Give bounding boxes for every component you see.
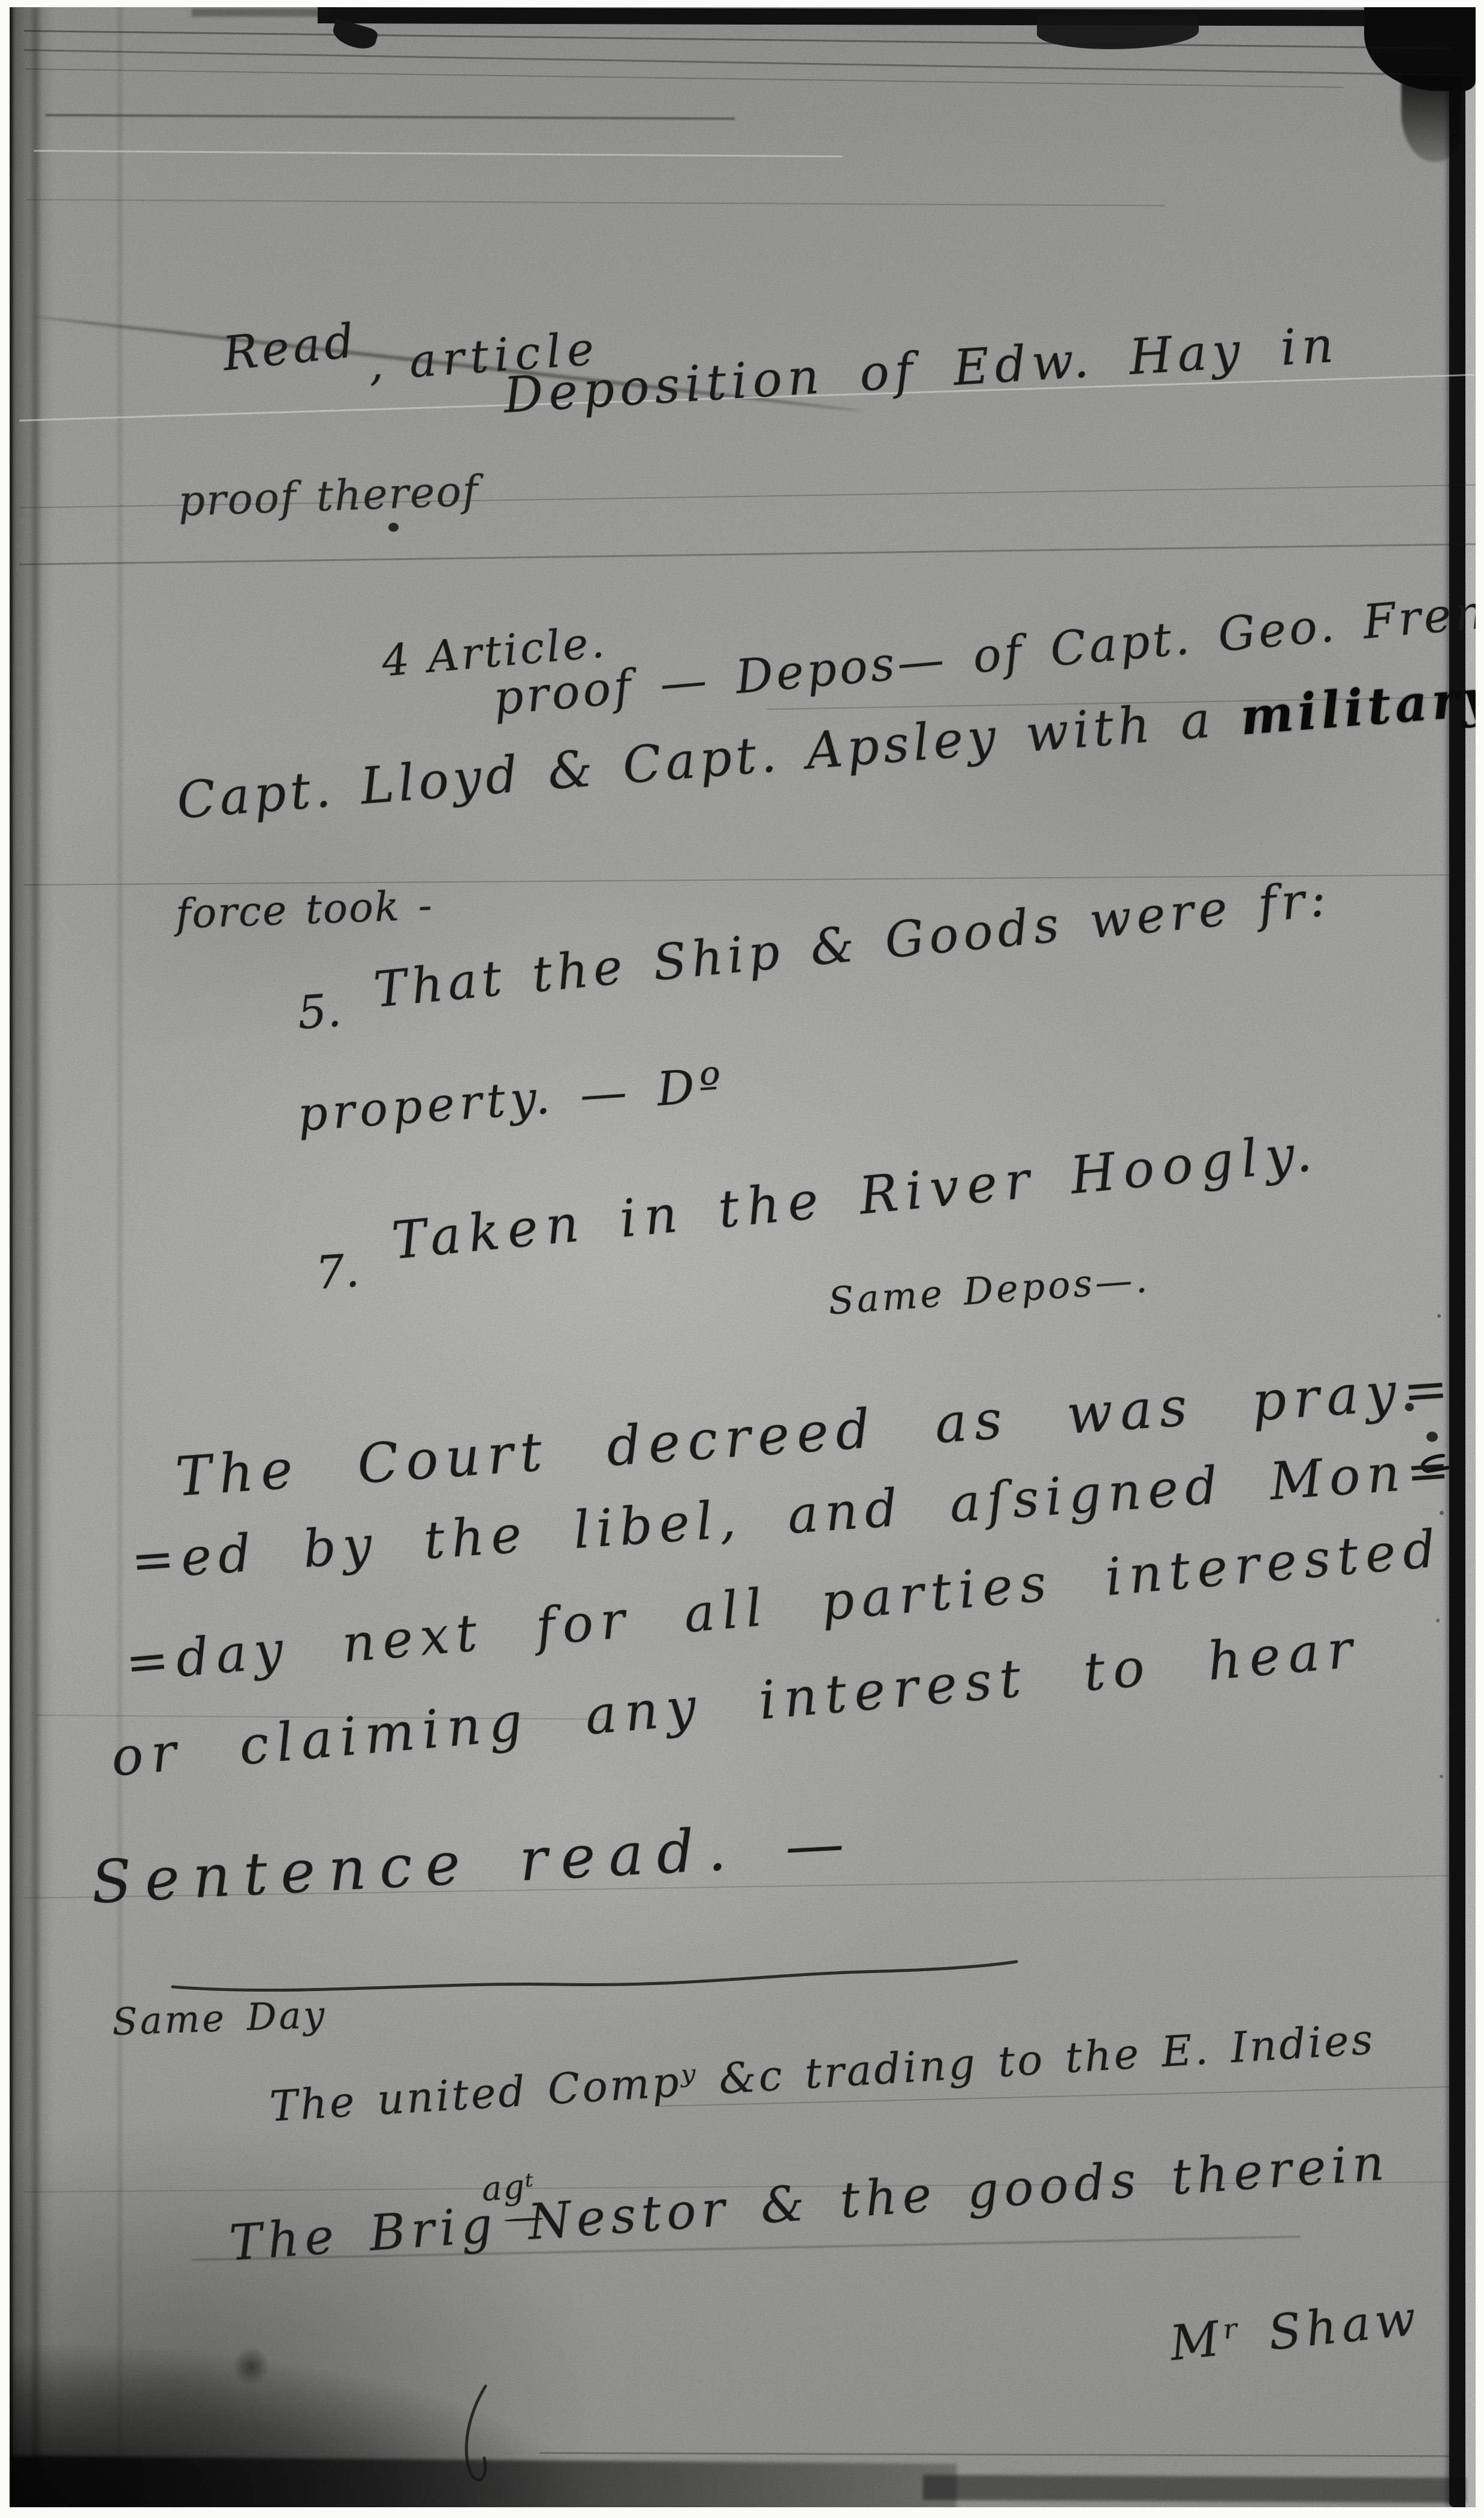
bottom-shadow-thin	[923, 2475, 1466, 2503]
ink-speck	[1436, 1619, 1440, 1622]
bottom-smudge	[233, 2347, 270, 2386]
vertical-crease	[115, 7, 125, 2507]
ink-dot	[388, 523, 399, 532]
line-number-7: 7.	[314, 1246, 361, 1297]
line-united-company: The united Compʸ &c trading to the E. In…	[269, 2017, 1376, 2129]
binding-fold-line	[29, 7, 42, 2507]
binding-shadow	[13, 7, 55, 2507]
line-same-day: Same Day	[111, 1995, 327, 2041]
scanned-manuscript-screenshot: { "document": { "kind": "handwritten cou…	[0, 0, 1484, 2518]
scratch-line	[539, 2452, 1450, 2457]
line-proof-thereof: proof thereof	[177, 469, 480, 523]
line-deposition: Deposition of Edw. Hay in	[502, 320, 1340, 422]
line-ship-goods: That the Ship & Goods were fr:	[372, 873, 1333, 1016]
ink-speck	[1440, 1511, 1444, 1515]
film-frame-left-line	[10, 7, 13, 2507]
scratch-line	[19, 543, 1482, 565]
top-edge-bar	[318, 7, 1476, 26]
scratch-line	[26, 199, 1165, 206]
stray-pen-curl	[448, 2381, 502, 2489]
ink-speck	[1437, 1314, 1441, 1318]
line-proctor-shaw: Mʳ Shaw	[1168, 2293, 1423, 2369]
word-military: military	[1238, 667, 1484, 746]
top-edge-fade	[192, 8, 330, 17]
torn-corner-blob	[1364, 7, 1476, 91]
film-margin-right	[1465, 7, 1476, 2507]
torn-corner-tail	[1401, 72, 1461, 162]
line-taken-hoogly: Taken in the River Hoogly.	[390, 1125, 1322, 1269]
scratch-line	[25, 68, 1344, 88]
line-brig-nestor: The Brig Nestor & the goods therein	[228, 2137, 1391, 2270]
ink-speck	[1440, 1775, 1443, 1778]
scratch-line	[46, 114, 735, 120]
line-read: Read	[221, 317, 360, 379]
scratch-line-white	[34, 150, 843, 157]
line-force-took: force took -	[175, 884, 434, 936]
line-number-5: 5.	[296, 986, 343, 1037]
top-edge-blob-small	[330, 19, 379, 53]
top-edge-blob-mid	[1037, 16, 1199, 49]
line-captains-text: Capt. Lloyd & Capt. Apsley with a	[175, 688, 1243, 830]
scratch-line	[24, 49, 1462, 76]
line-same-depos: Same Depos—.	[827, 1260, 1151, 1321]
line-property: property. — Dº	[296, 1061, 728, 1140]
scratch-line	[24, 30, 1450, 49]
line-sentence-read: Sentence read. —	[90, 1812, 859, 1914]
photographed-page: Read , article Deposition of Edw. Hay in…	[0, 0, 1484, 2518]
page-edge-right	[1449, 7, 1465, 2507]
